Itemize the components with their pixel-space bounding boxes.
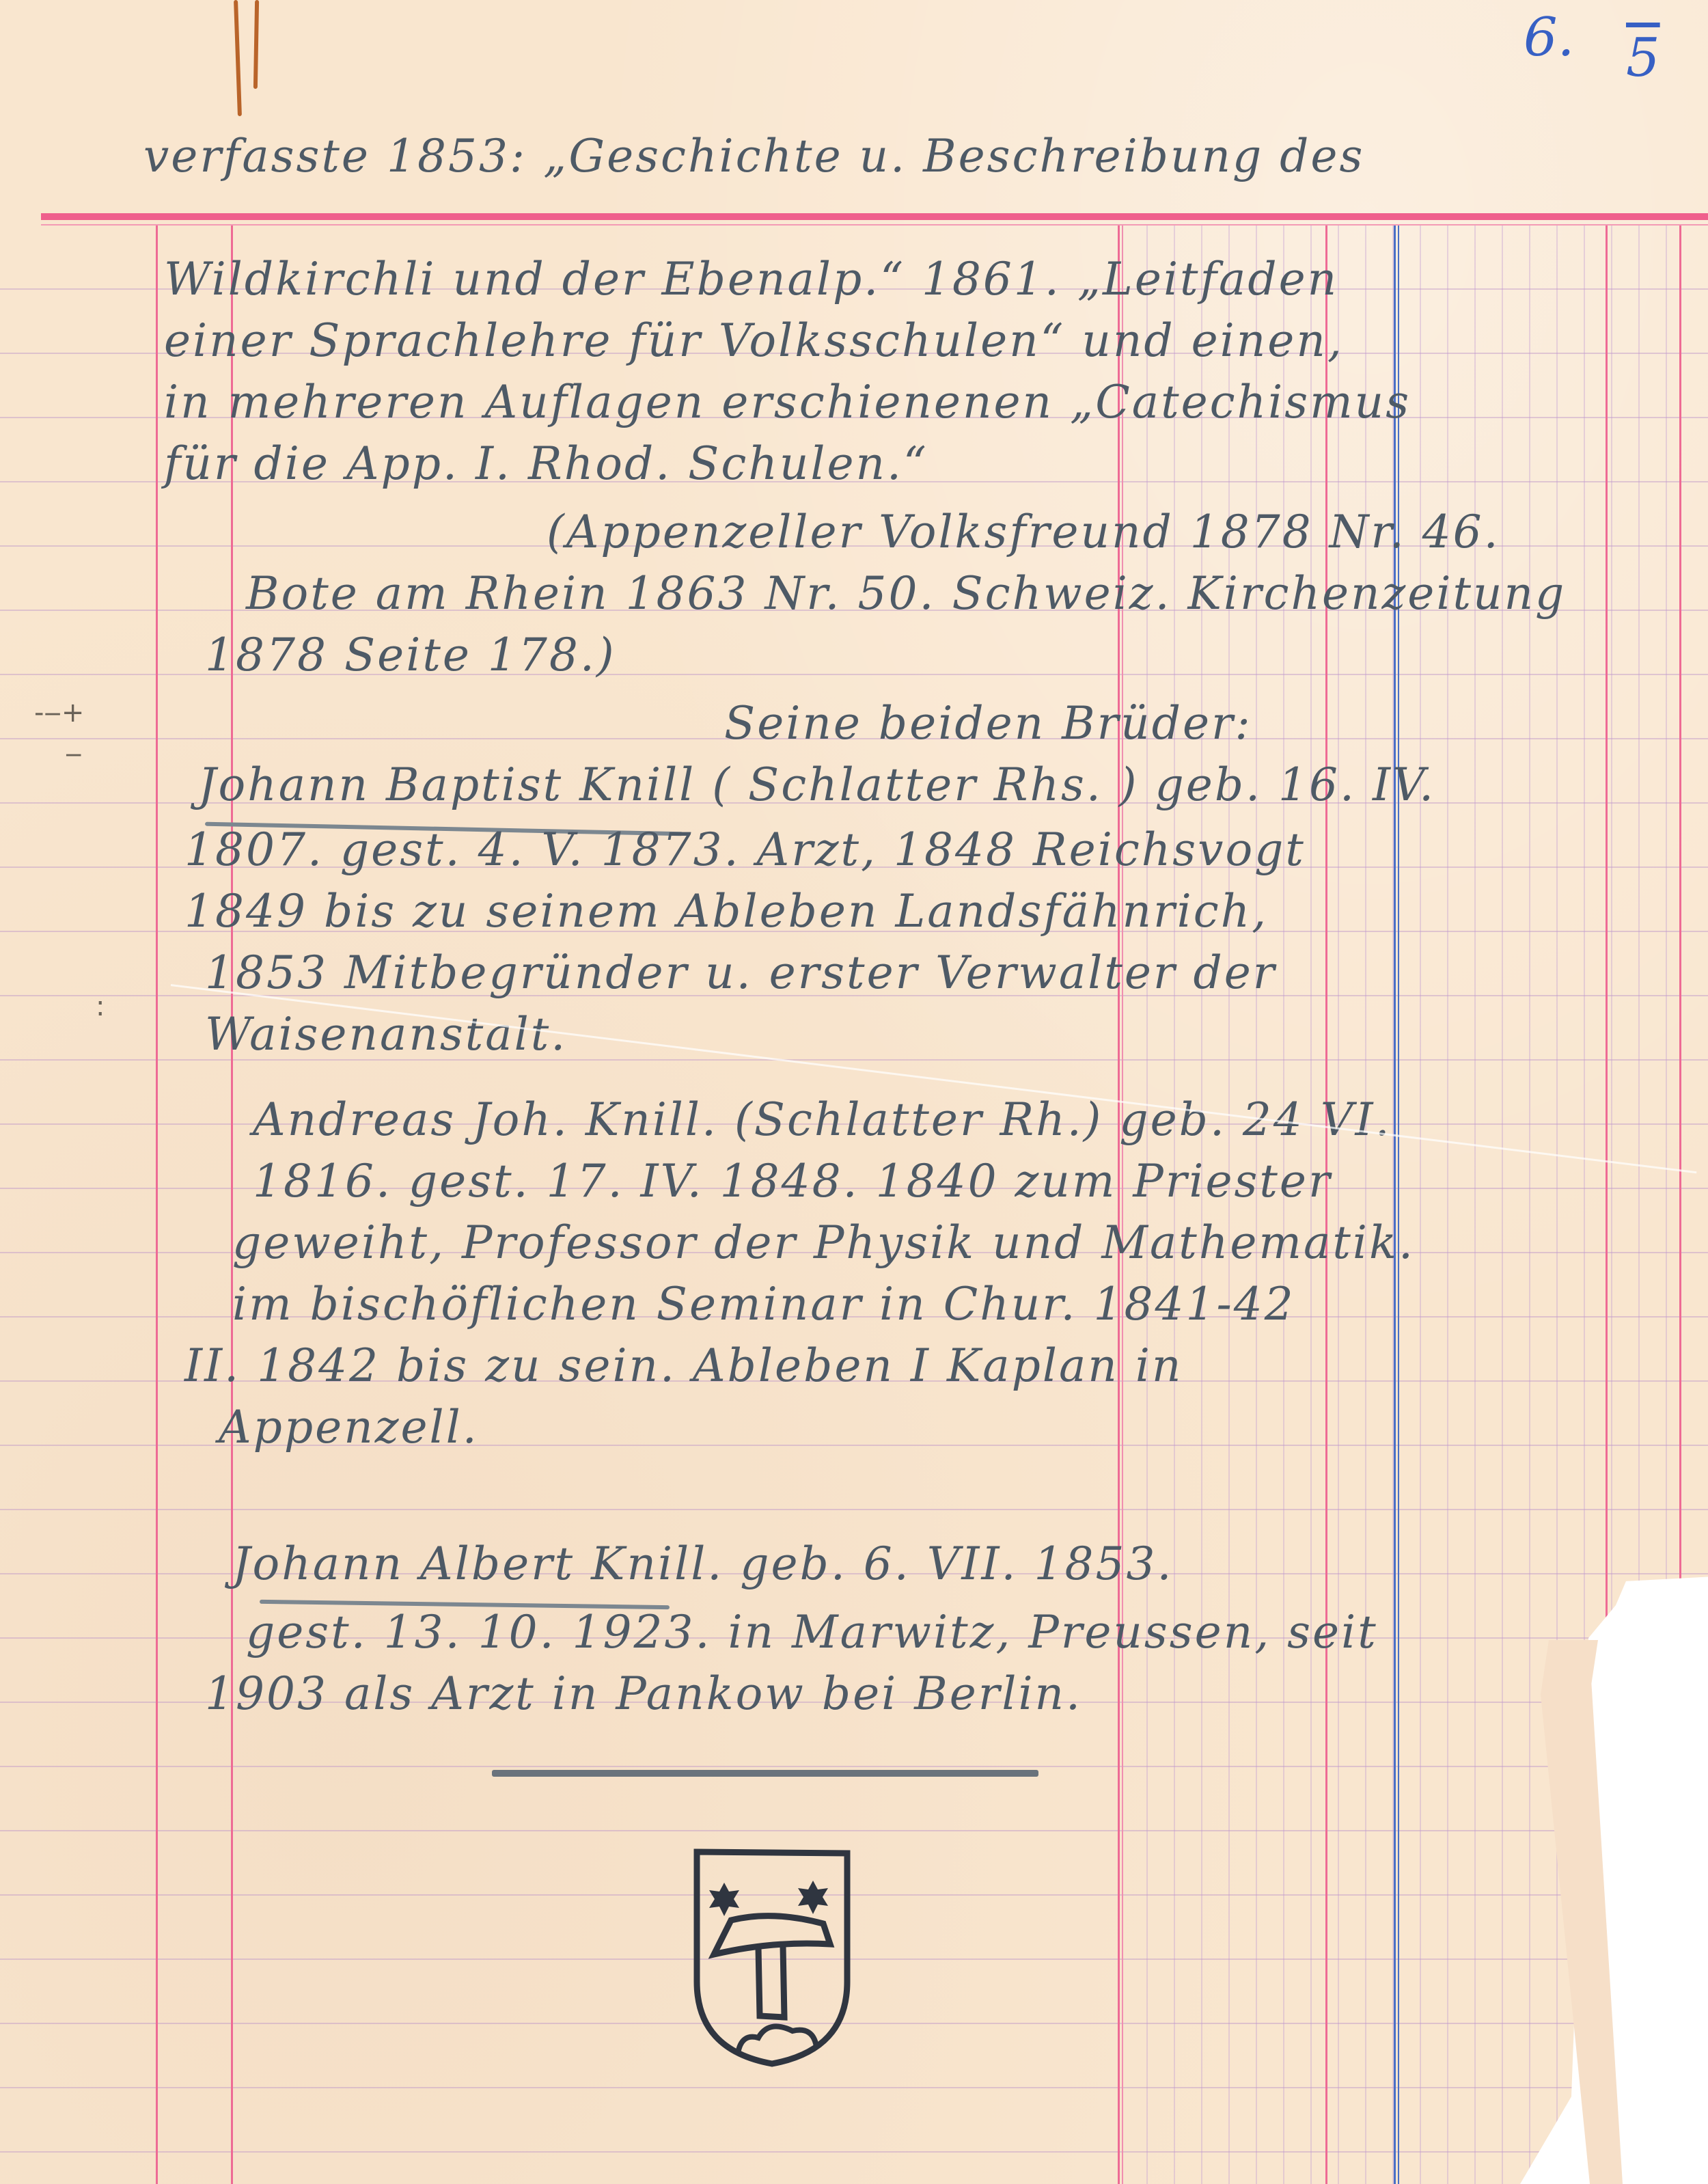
rust-stain-mark — [253, 0, 259, 89]
brother-1-line: Waisenanstalt. — [205, 1008, 567, 1061]
text-line: einer Sprachlehre für Volksschulen“ und … — [164, 314, 1344, 367]
section-heading: Seine beiden Brüder: — [724, 697, 1252, 750]
closing-flourish-line — [492, 1770, 1038, 1777]
source-line: 1878 Seite 178.) — [205, 629, 616, 681]
coat-of-arms-icon — [683, 1845, 861, 2071]
left-margin-rule — [156, 226, 158, 2184]
rust-stain-mark — [234, 0, 242, 116]
brother-2-line: Appenzell. — [219, 1401, 479, 1453]
brother-2-line: Andreas Joh. Knill. (Schlatter Rh.) geb.… — [253, 1093, 1392, 1146]
brother-2-line: geweiht, Professor der Physik und Mathem… — [232, 1216, 1415, 1269]
column-rule — [1606, 226, 1608, 2184]
final-entry-line: 1903 als Arzt in Pankow bei Berlin. — [205, 1667, 1082, 1720]
header-line: verfasste 1853: „Geschichte u. Beschreib… — [143, 130, 1364, 182]
source-line: Bote am Rhein 1863 Nr. 50. Schweiz. Kirc… — [246, 567, 1566, 620]
brother-2-line: II. 1842 bis zu sein. Ableben I Kaplan i… — [184, 1339, 1183, 1392]
column-rule — [1679, 226, 1681, 2184]
source-line: (Appenzeller Volksfreund 1878 Nr. 46. — [547, 506, 1500, 558]
brother-2-line: 1816. gest. 17. IV. 1848. 1840 zum Pries… — [253, 1155, 1332, 1207]
final-entry-line: Johann Albert Knill. geb. 6. VII. 1853. — [232, 1538, 1173, 1590]
final-entry-line: gest. 13. 10. 1923. in Marwitz, Preussen… — [246, 1606, 1378, 1659]
text-line: Wildkirchli und der Ebenalp.“ 1861. „Lei… — [164, 253, 1338, 305]
brother-1-line: 1849 bis zu seinem Ableben Landsfähnrich… — [184, 885, 1268, 938]
header-rule — [41, 213, 1708, 220]
brother-1-line: 1853 Mitbegründer u. erster Verwalter de… — [205, 946, 1276, 999]
brother-2-line: im bischöflichen Seminar in Chur. 1841-4… — [232, 1278, 1295, 1330]
margin-mark: : — [96, 991, 105, 1022]
brother-1-line: 1807. gest. 4. V. 1873. Arzt, 1848 Reich… — [184, 823, 1306, 876]
ledger-page: 6. 5 verfasste 1853: „Geschichte u. Besc… — [0, 0, 1708, 2184]
header-rule-thin — [41, 224, 1708, 226]
page-number: 6. — [1524, 7, 1574, 68]
margin-mark: ‒ — [65, 738, 82, 769]
margin-mark: -‒+ — [34, 697, 84, 728]
left-margin-rule-2 — [231, 226, 233, 2184]
text-line: in mehreren Auflagen erschienenen „Catec… — [164, 376, 1411, 428]
text-line: für die App. I. Rhod. Schulen.“ — [164, 437, 928, 490]
page-subnumber: 5 — [1626, 27, 1660, 89]
brother-1-line: Johann Baptist Knill ( Schlatter Rhs. ) … — [198, 759, 1435, 811]
